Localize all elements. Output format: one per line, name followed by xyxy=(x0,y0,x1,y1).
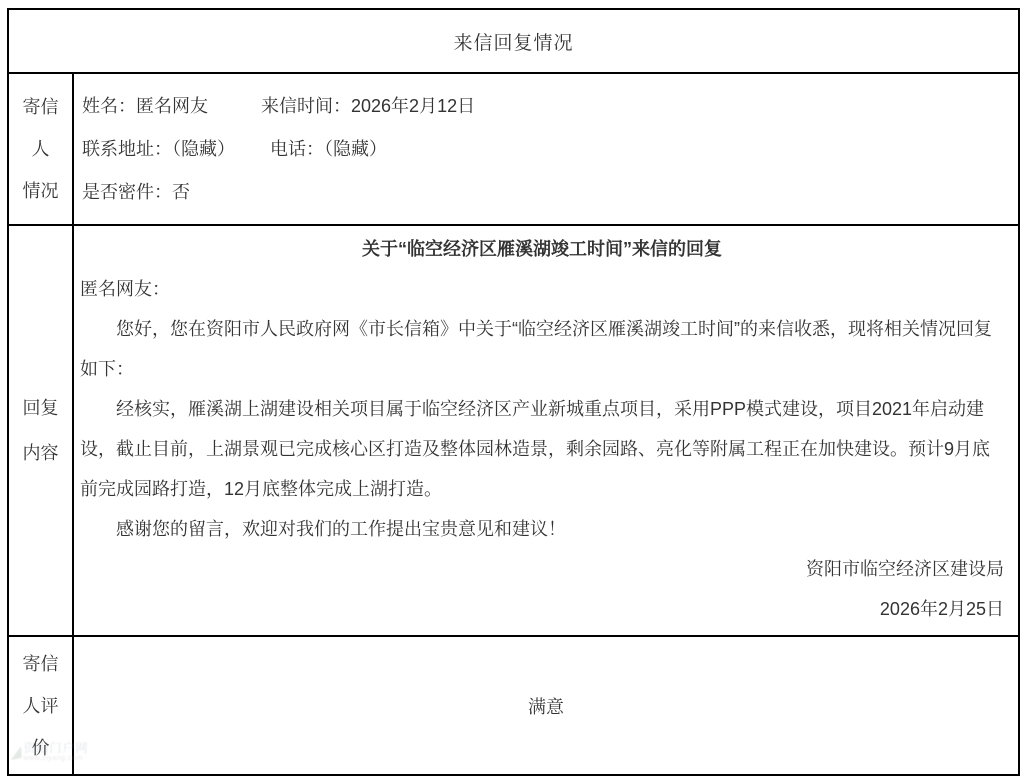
evaluation-label-line-1: 寄信 xyxy=(9,643,72,685)
confidential-field: 是否密件：否 xyxy=(82,182,190,202)
reply-label-line-1: 回复 xyxy=(9,386,72,431)
evaluation-section-label: 寄信 人评 价 xyxy=(8,636,73,775)
reply-salutation: 匿名网友： xyxy=(80,269,1004,309)
sender-phone-field: 电话：（隐藏） xyxy=(270,139,387,159)
sender-confidential-line: 是否密件：否 xyxy=(82,171,1006,214)
reply-paragraph-2: 经核实，雁溪湖上湖建设相关项目属于临空经济区产业新城重点项目，采用PPP模式建设… xyxy=(80,389,1004,509)
evaluation-value: 满意 xyxy=(73,636,1019,775)
reply-content-row: 回复 内容 关于“临空经济区雁溪湖竣工时间”来信的回复 匿名网友： 您好，您在资… xyxy=(8,225,1019,636)
sender-address-field: 联系地址：（隐藏） xyxy=(82,139,235,159)
title-row: 来信回复情况 xyxy=(8,9,1019,73)
reply-signature: 资阳市临空经济区建设局 xyxy=(80,549,1004,589)
sender-info-content: 姓名：匿名网友 来信时间：2026年2月12日 联系地址：（隐藏） 电话：（隐藏… xyxy=(73,73,1019,225)
evaluation-label-line-2: 人评 xyxy=(9,685,72,727)
reply-label-line-2: 内容 xyxy=(9,431,72,476)
sender-name-time-line: 姓名：匿名网友 来信时间：2026年2月12日 xyxy=(82,85,1006,128)
letter-reply-page: 来信回复情况 寄信 人 情况 姓名：匿名网友 来信时间：2026年2月12日 联… xyxy=(0,0,1026,783)
sender-address-phone-line: 联系地址：（隐藏） 电话：（隐藏） xyxy=(82,128,1006,171)
reply-date: 2026年2月25日 xyxy=(80,589,1004,629)
sender-label-line-3: 情况 xyxy=(9,170,72,212)
sender-label-line-1: 寄信 xyxy=(9,86,72,128)
reply-section-label: 回复 内容 xyxy=(8,225,73,636)
reply-paragraph-1: 您好，您在资阳市人民政府网《市长信箱》中关于“临空经济区雁溪湖竣工时间”的来信收… xyxy=(80,309,1004,389)
sender-label-line-2: 人 xyxy=(9,128,72,170)
reply-title: 关于“临空经济区雁溪湖竣工时间”来信的回复 xyxy=(80,229,1004,269)
letter-time-field: 来信时间：2026年2月12日 xyxy=(261,96,475,116)
sender-name-field: 姓名：匿名网友 xyxy=(82,96,208,116)
evaluation-label-line-3: 价 xyxy=(9,727,72,769)
sender-section-label: 寄信 人 情况 xyxy=(8,73,73,225)
sender-info-row: 寄信 人 情况 姓名：匿名网友 来信时间：2026年2月12日 联系地址：（隐藏… xyxy=(8,73,1019,225)
page-title: 来信回复情况 xyxy=(8,9,1019,73)
evaluation-row: 寄信 人评 价 满意 xyxy=(8,636,1019,775)
reply-content-cell: 关于“临空经济区雁溪湖竣工时间”来信的回复 匿名网友： 您好，您在资阳市人民政府… xyxy=(73,225,1019,636)
letter-reply-table: 来信回复情况 寄信 人 情况 姓名：匿名网友 来信时间：2026年2月12日 联… xyxy=(7,8,1020,776)
reply-paragraph-3: 感谢您的留言，欢迎对我们的工作提出宝贵意见和建议！ xyxy=(80,509,1004,549)
